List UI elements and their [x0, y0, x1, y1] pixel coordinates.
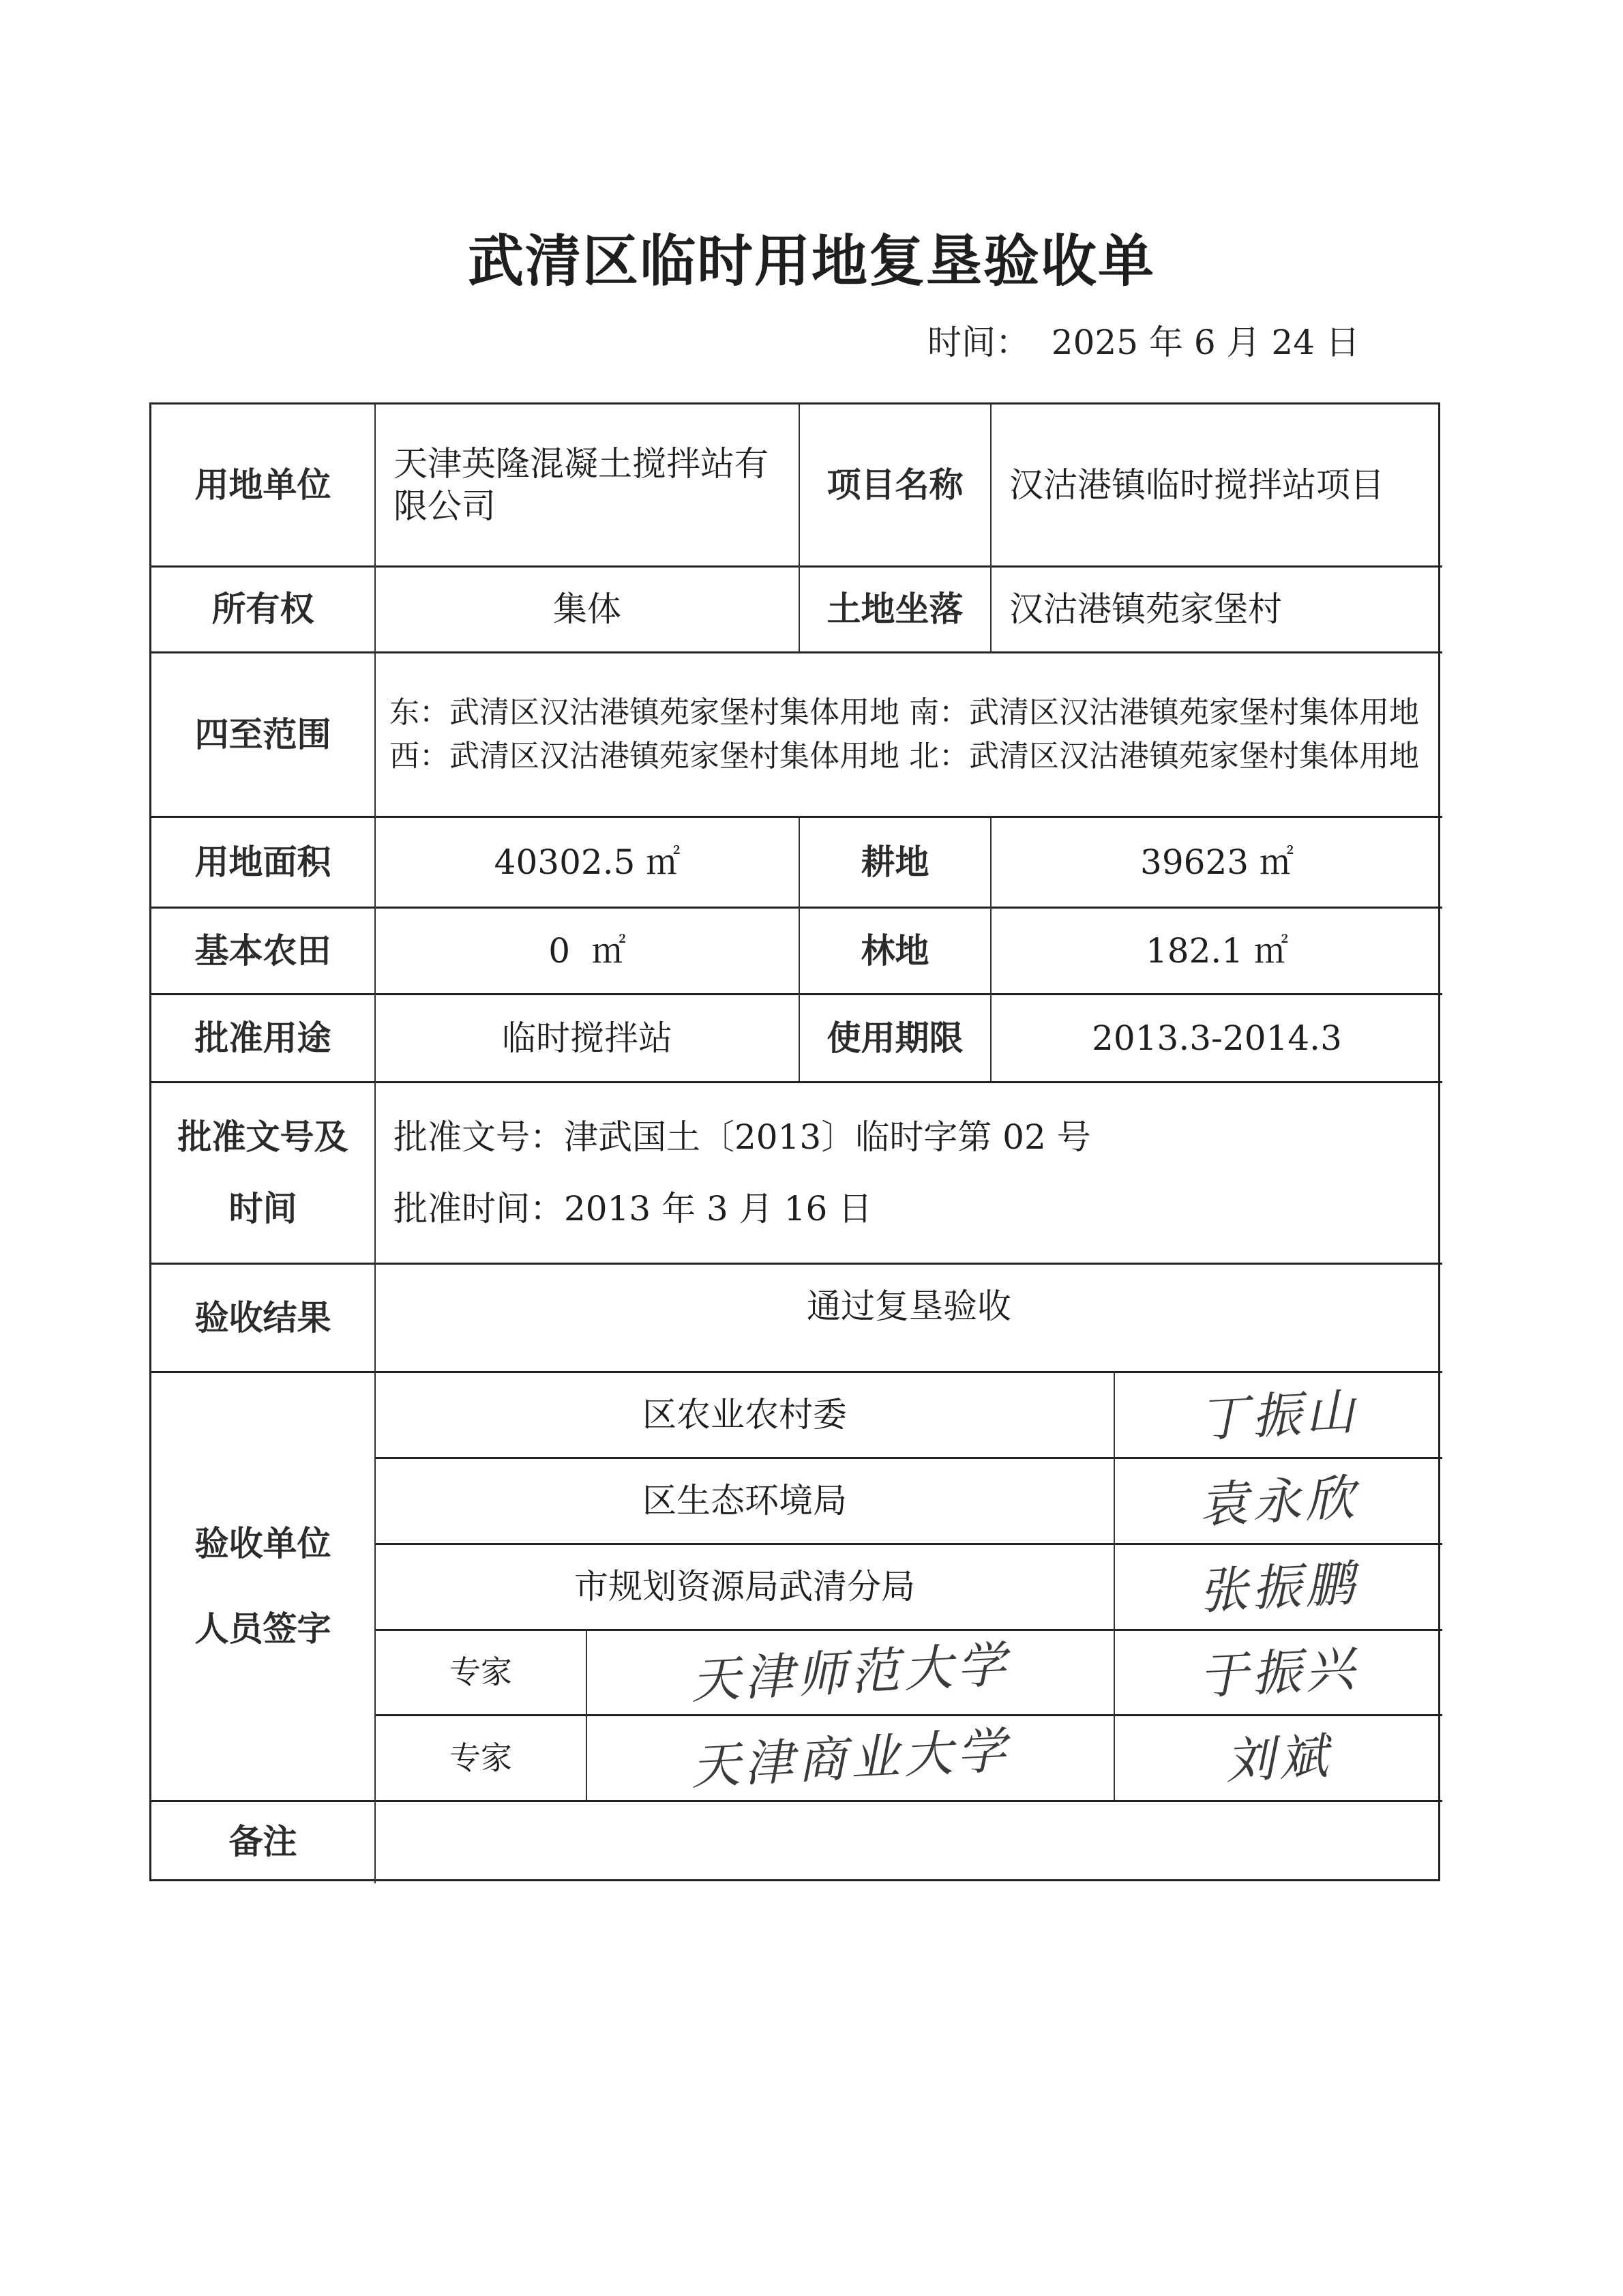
remarks-field[interactable] — [376, 1802, 1442, 1881]
boundaries-value: 东：武清区汉沽港镇苑家堡村集体用地 南：武清区汉沽港镇苑家堡村集体用地 西：武清… — [376, 653, 1442, 816]
land-user-value: 天津英隆混凝土搅拌站有限公司 — [376, 404, 799, 565]
signature-field[interactable]: 刘斌 — [1113, 1708, 1444, 1809]
expert-role: 专家 — [376, 1631, 586, 1714]
signoff-unit: 市规划资源局武清分局 — [376, 1545, 1114, 1629]
approval-label-line1: 批准文号及 — [178, 1102, 348, 1173]
approval-number: 批准文号：津武国土〔2013〕临时字第 02 号 — [393, 1102, 1091, 1173]
approval-value: 批准文号：津武国土〔2013〕临时字第 02 号 批准时间：2013 年 3 月… — [376, 1083, 1442, 1263]
project-name-value: 汉沽港镇临时搅拌站项目 — [992, 404, 1442, 565]
basic-farmland-label: 基本农田 — [151, 909, 374, 993]
approved-use-label: 批准用途 — [151, 995, 374, 1081]
ownership-value: 集体 — [376, 568, 799, 651]
result-label: 验收结果 — [151, 1265, 374, 1371]
cultivated-label: 耕地 — [800, 818, 990, 907]
signoff-unit: 区农业农村委 — [376, 1373, 1114, 1457]
signoff-label: 验收单位 人员签字 — [151, 1373, 374, 1800]
result-value: 通过复垦验收 — [376, 1265, 1442, 1371]
ownership-label: 所有权 — [151, 568, 374, 651]
cultivated-value: 39623 ㎡ — [992, 818, 1442, 907]
signature-field[interactable]: 于振兴 — [1113, 1623, 1444, 1723]
project-name-label: 项目名称 — [800, 404, 990, 565]
boundary-east-south: 东：武清区汉沽港镇苑家堡村集体用地 南：武清区汉沽港镇苑家堡村集体用地 — [389, 691, 1419, 735]
acceptance-form-table: 用地单位 天津英隆混凝土搅拌站有限公司 项目名称 汉沽港镇临时搅拌站项目 所有权… — [149, 402, 1440, 1881]
boundary-west-north: 西：武清区汉沽港镇苑家堡村集体用地 北：武清区汉沽港镇苑家堡村集体用地 — [389, 735, 1419, 778]
document-date: 时间： 2025 年 6 月 24 日 — [927, 315, 1360, 364]
location-value: 汉沽港镇苑家堡村 — [992, 568, 1442, 651]
signoff-label-line1: 验收单位 — [195, 1501, 331, 1587]
forest-label: 林地 — [800, 909, 990, 993]
date-value: 2025 年 6 月 24 日 — [1052, 323, 1360, 362]
approval-label: 批准文号及 时间 — [151, 1083, 374, 1263]
expert-role: 专家 — [376, 1716, 586, 1800]
approval-label-line2: 时间 — [229, 1173, 297, 1245]
area-label: 用地面积 — [151, 818, 374, 907]
signature-field[interactable]: 丁振山 — [1113, 1365, 1444, 1466]
signature-field[interactable]: 张振鹏 — [1113, 1537, 1444, 1638]
document-title: 武清区临时用地复垦验收单 — [0, 217, 1623, 297]
forest-value: 182.1 ㎡ — [992, 909, 1442, 993]
term-label: 使用期限 — [800, 995, 990, 1081]
location-label: 土地坐落 — [800, 568, 990, 651]
remarks-label: 备注 — [151, 1802, 374, 1881]
land-user-label: 用地单位 — [151, 404, 374, 565]
approved-use-value: 临时搅拌站 — [376, 995, 799, 1081]
boundaries-label: 四至范围 — [151, 653, 374, 816]
approval-date: 批准时间：2013 年 3 月 16 日 — [393, 1173, 872, 1245]
term-value: 2013.3-2014.3 — [992, 995, 1442, 1081]
area-value: 40302.5 ㎡ — [376, 818, 799, 907]
signoff-unit: 区生态环境局 — [376, 1459, 1114, 1543]
basic-farmland-value: 0 ㎡ — [376, 909, 799, 993]
signoff-label-line2: 人员签字 — [195, 1587, 331, 1672]
date-label: 时间： — [927, 323, 1030, 362]
signature-field[interactable]: 袁永欣 — [1113, 1451, 1444, 1552]
